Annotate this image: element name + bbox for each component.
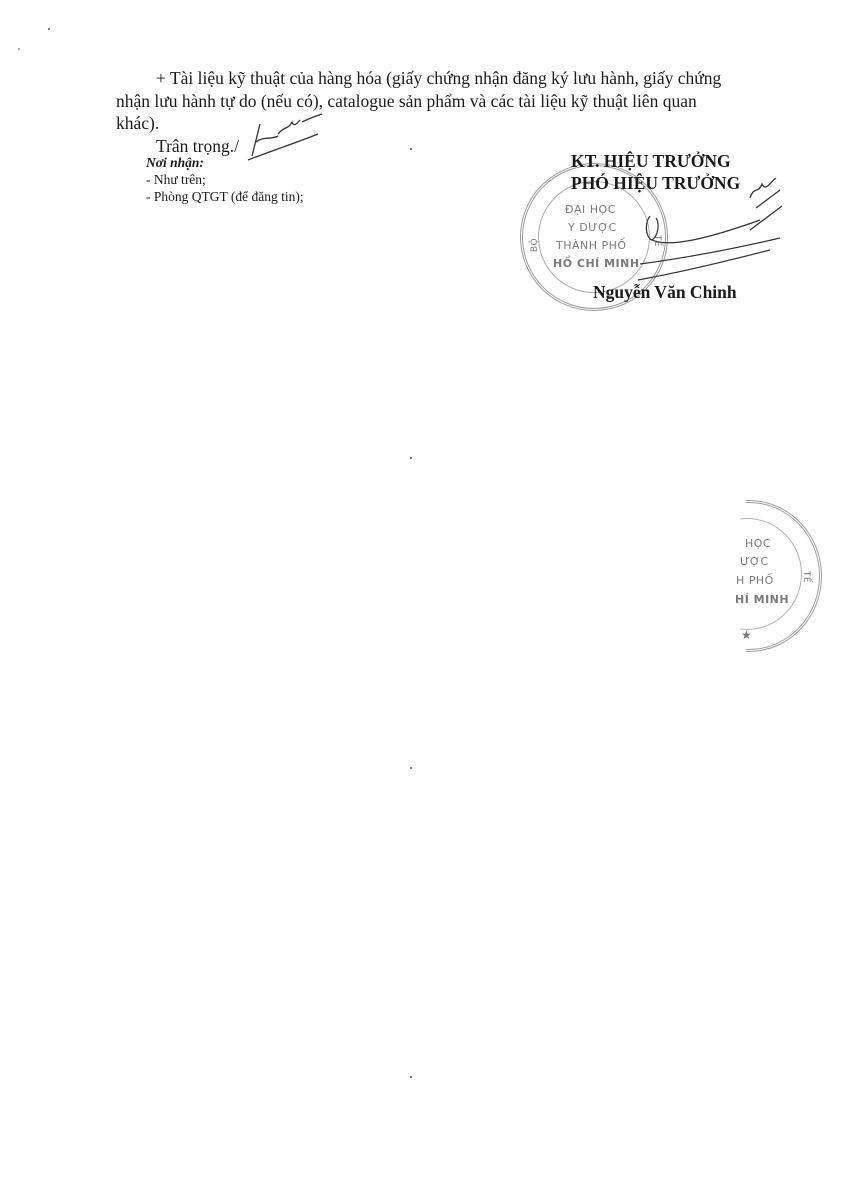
partial-stamp-line: HÍ MINH (735, 593, 789, 606)
body-line-2: nhận lưu hành tự do (nếu có), catalogue … (116, 91, 697, 112)
stamp-line: HỒ CHÍ MINH (553, 257, 640, 270)
stamp-line: ĐẠI HỌC (565, 203, 616, 216)
scan-speck (410, 148, 412, 150)
signer-name: Nguyễn Văn Chinh (593, 282, 737, 303)
recipients-heading: Nơi nhận: (146, 155, 204, 171)
star-icon: ★ (741, 628, 752, 642)
stamp-side-left: BỘ (530, 238, 540, 252)
scan-speck (410, 457, 412, 459)
scan-speck (18, 48, 20, 50)
partial-stamp-line: HỌC (745, 537, 771, 550)
partial-stamp-side-right: TẾ (801, 571, 811, 583)
recipient-item: - Phòng QTGT (để đăng tin); (146, 189, 304, 205)
stamp-line: THÀNH PHỐ (556, 239, 627, 252)
scan-speck (410, 767, 412, 769)
partial-stamp-line: H PHỐ (736, 574, 774, 587)
closing-text: Trân trọng./ (156, 136, 239, 157)
main-signature (630, 168, 790, 298)
stamp-line: Y DƯỢC (568, 221, 617, 234)
body-line-1: + Tài liệu kỹ thuật của hàng hóa (giấy c… (156, 68, 721, 89)
scan-speck (48, 28, 50, 30)
partial-stamp-line: ƯỢC (740, 555, 769, 568)
body-line-3: khác). (116, 113, 159, 134)
recipient-item: - Như trên; (146, 172, 206, 188)
initials-signature (238, 112, 328, 162)
scan-speck (410, 1076, 412, 1078)
